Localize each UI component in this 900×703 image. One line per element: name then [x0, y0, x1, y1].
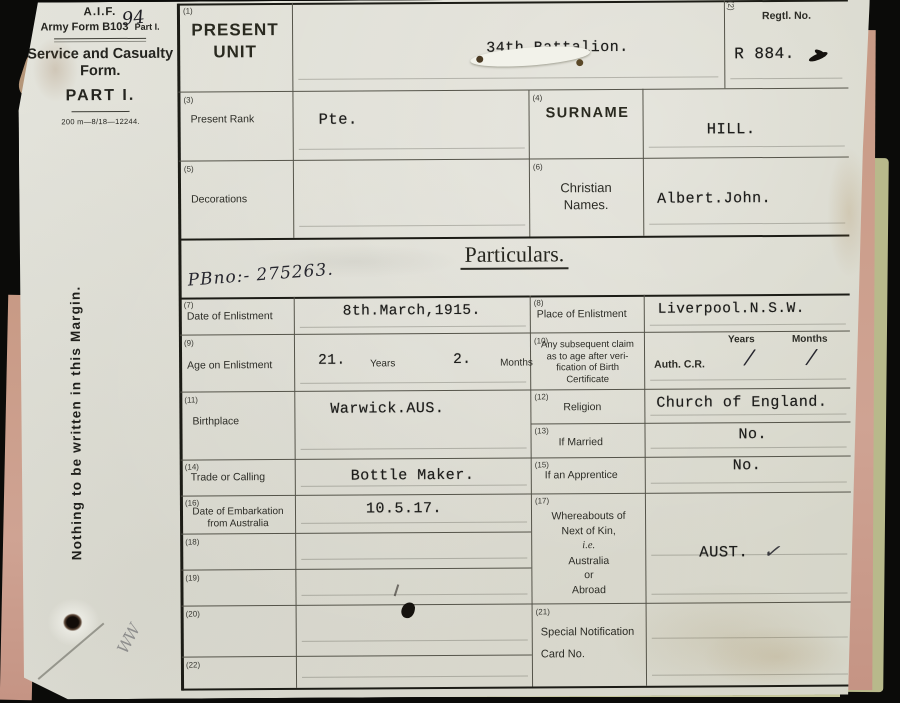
ruled-line [301, 522, 527, 524]
field-11-label: Birthplace [192, 415, 239, 427]
punch-hole [60, 610, 86, 634]
ruled-line [652, 593, 848, 595]
field-15-label: If an Apprentice [545, 469, 618, 481]
field-9-years-label: Years [370, 358, 395, 369]
grid-line [294, 297, 297, 688]
org-title: A.I.F. [24, 6, 176, 19]
field-13-number: (13) [534, 426, 548, 435]
field-16-label: Date of Embarkation from Australia [183, 506, 293, 531]
field-17-label: Whereabouts of Next of Kin, i.e. Austral… [532, 509, 646, 598]
field-8-label: Place of Enlistment [537, 308, 627, 321]
particulars-heading: Particulars. [461, 241, 569, 270]
handwritten-94: 94 [121, 7, 146, 30]
field-17-number: (17) [535, 496, 549, 505]
ruled-line [301, 448, 527, 450]
field-12-label: Religion [563, 401, 601, 413]
field-22-number: (22) [186, 661, 200, 670]
ruled-line [651, 554, 847, 556]
field-9-months-label: Months [500, 357, 533, 368]
ruled-line [302, 594, 528, 596]
field-16-value: 10.5.17. [366, 500, 442, 517]
scanned-document: { "scan": { "margin_note": "Nothing to b… [0, 0, 900, 703]
ruled-line [298, 76, 718, 80]
grid-line [530, 422, 850, 425]
grid-line [182, 685, 852, 691]
grid-line [178, 0, 848, 6]
field-2-number: (2) [726, 1, 735, 11]
field-1-label: PRESENTUNIT [181, 19, 289, 64]
form-number: Army Form B103 Part I. [24, 21, 176, 34]
ruled-line [300, 326, 526, 328]
grid-line [642, 89, 644, 236]
field-12-number: (12) [534, 392, 548, 401]
field-8-value: Liverpool.N.S.W. [658, 301, 805, 318]
grid-line [724, 0, 726, 88]
ruled-line [300, 382, 526, 384]
grid-line [528, 89, 530, 236]
ruled-line [301, 558, 527, 560]
field-3-label: Present Rank [191, 113, 255, 125]
grid-line [182, 654, 532, 657]
ruled-line [652, 674, 848, 676]
field-14-number: (14) [185, 463, 199, 472]
ruled-line [299, 148, 525, 150]
field-5-label: Decorations [191, 193, 247, 205]
field-4-number: (4) [532, 93, 542, 102]
field-7-value: 8th.March,1915. [296, 302, 528, 319]
margin-note: Nothing to be written in this Margin. [67, 230, 84, 560]
field-7-label: Date of Enlistment [187, 310, 273, 323]
field-6-value: Albert.John. [657, 190, 771, 208]
ruled-line [649, 146, 845, 148]
header-divider-small [72, 111, 130, 112]
field-12-value: Church of England. [656, 394, 827, 412]
field-9-years-value: 21. [318, 353, 346, 369]
ruled-line [649, 223, 845, 225]
form-sheet: A.I.F. Army Form B103 Part I. Service an… [18, 0, 874, 700]
ruled-line [302, 676, 528, 678]
field-11-value: Warwick.AUS. [330, 400, 444, 418]
grid-line [181, 567, 531, 570]
grid-line [178, 88, 848, 93]
crease-hole-dot [476, 56, 483, 63]
field-9-number: (9) [184, 339, 194, 348]
field-3-value: Pte. [319, 111, 358, 129]
field-9-months-value: 2. [453, 352, 472, 368]
field-18-number: (18) [185, 538, 199, 547]
ruled-line [650, 324, 846, 326]
ruled-line [650, 379, 846, 381]
ruled-line [651, 447, 847, 449]
field-3-number: (3) [183, 96, 193, 105]
ruled-line [651, 482, 847, 484]
field-4-value: HILL. [707, 120, 756, 138]
ruled-line [652, 637, 848, 639]
field-10-months-header: Months [792, 334, 828, 345]
grid-line [644, 295, 647, 686]
form-part: PART I. [24, 87, 176, 106]
ink-mark [806, 50, 830, 63]
form-header-block: A.I.F. Army Form B103 Part I. Service an… [24, 6, 177, 127]
field-21-number: (21) [536, 607, 550, 616]
field-13-label: If Married [559, 436, 603, 448]
stain [702, 626, 852, 689]
field-6-label: ChristianNames. [531, 179, 641, 214]
ruled-line [650, 414, 846, 416]
field-14-value: Bottle Maker. [351, 467, 475, 485]
grid-line [182, 602, 852, 607]
field-10-years-header: Years [728, 334, 755, 345]
grid-line [292, 3, 294, 238]
header-divider [54, 38, 146, 43]
field-10-months-mark: / [806, 344, 816, 369]
field-8-number: (8) [534, 298, 544, 307]
field-13-value: No. [738, 426, 767, 443]
grid-line [179, 157, 849, 162]
field-1-number: (1) [183, 7, 193, 16]
field-20-number: (20) [186, 610, 200, 619]
field-2-label: Regtl. No. [762, 10, 811, 22]
field-10-years-mark: / [744, 345, 754, 370]
field-10-label: Any subsequent claim as to age after ver… [531, 339, 644, 386]
field-7-number: (7) [184, 301, 194, 310]
field-9-label: Age on Enlistment [187, 359, 272, 372]
ruled-line [302, 640, 528, 642]
grid-line [181, 492, 851, 497]
field-4-label: SURNAME [546, 105, 630, 122]
ruled-line [301, 485, 527, 487]
grid-line [180, 294, 850, 300]
field-6-number: (6) [533, 162, 543, 171]
checkmark-icon: ✓ [762, 538, 781, 564]
field-15-number: (15) [535, 460, 549, 469]
field-17-value: AUST. [699, 543, 748, 561]
field-10-auth-label: Auth. C.R. [654, 358, 705, 370]
crease-hole-dot [576, 59, 583, 66]
field-5-number: (5) [184, 165, 194, 174]
field-14-label: Trade or Calling [191, 471, 265, 483]
field-15-value: No. [733, 457, 762, 474]
field-11-number: (11) [184, 396, 198, 405]
form-title: Service and CasualtyForm. [24, 46, 176, 81]
field-19-number: (19) [185, 574, 199, 583]
field-2-value: R 884. [734, 45, 795, 63]
grid-line [181, 531, 531, 534]
pencil-scribble: WW [113, 622, 143, 656]
ruled-line [299, 225, 525, 227]
grid-line [180, 388, 850, 393]
field-21-label: Special Notification Card No. [541, 621, 635, 666]
print-code: 200 m—8/18—12244. [25, 117, 177, 127]
ruled-line [730, 78, 842, 80]
